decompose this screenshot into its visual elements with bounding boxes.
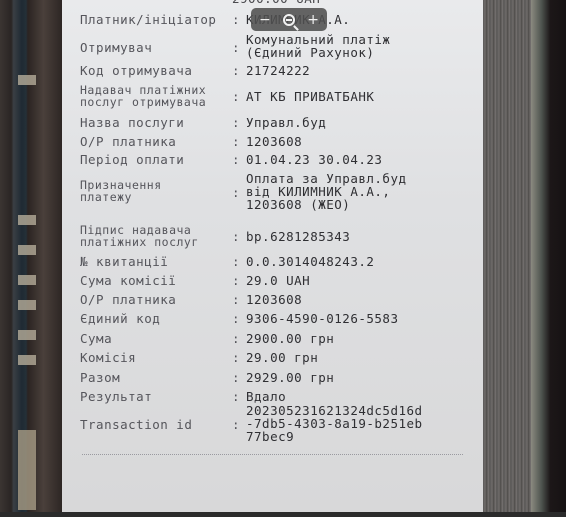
receipt-row-separator: : (232, 404, 246, 443)
receipt-row-separator: : (232, 12, 246, 27)
receipt-row-separator: : (232, 370, 246, 385)
receipt-row-label: Код отримувача (80, 63, 232, 78)
receipt-row-label: О/Р платника (80, 134, 232, 149)
receipt-row: Комісія:29.00 грн (80, 350, 473, 365)
receipt-row-value: 01.04.23 30.04.23 (246, 152, 473, 167)
receipt-row-value: 0.0.3014048243.2 (246, 254, 473, 269)
receipt-row: Підпис надавача платіжних послуг:bp.6281… (80, 224, 473, 248)
receipt-row-value: АТ КБ ПРИВАТБАНК (246, 84, 473, 108)
receipt-row: Єдиний код:9306-4590-0126-5583 (80, 311, 473, 326)
receipt-row-label: Підпис надавача платіжних послуг (80, 224, 232, 248)
receipt-row: Назва послуги:Управл.буд (80, 115, 473, 130)
receipt-row-separator: : (232, 331, 246, 346)
receipt-row-separator: : (232, 311, 246, 326)
receipt-row: О/Р платника:1203608 (80, 134, 473, 149)
receipt-row-value: 2929.00 грн (246, 370, 473, 385)
receipt-row-label: Призначення платежу (80, 172, 232, 211)
receipt-top-cut-text: 2900.00 UAH (232, 0, 320, 6)
bottom-bar (0, 512, 566, 517)
receipt-row-label: Разом (80, 370, 232, 385)
receipt-row-label: № квитанції (80, 254, 232, 269)
receipt-row: Період оплати:01.04.23 30.04.23 (80, 152, 473, 167)
receipt-row-label: Отримувач (80, 33, 232, 59)
receipt-row: Надавач платіжних послуг отримувача:АТ К… (80, 84, 473, 108)
receipt-row-value: Управл.буд (246, 115, 473, 130)
receipt-row-separator: : (232, 389, 246, 404)
receipt: 2900.00 UAH Платник/ініціатор:КИЛИМНИК А… (62, 0, 483, 512)
receipt-row-label: Єдиний код (80, 311, 232, 326)
receipt-row: Отримувач:Комунальний платіж (Єдиний Рах… (80, 33, 473, 59)
receipt-row-label: Платник/ініціатор (80, 12, 232, 27)
background-left (0, 0, 62, 512)
receipt-row-value: 21724222 (246, 63, 473, 78)
paper-stack-edge (483, 0, 531, 512)
receipt-row: Разом:2929.00 грн (80, 370, 473, 385)
receipt-row-label: Сума комісії (80, 273, 232, 288)
receipt-row: Сума:2900.00 грн (80, 331, 473, 346)
receipt-row-label: Комісія (80, 350, 232, 365)
zoom-in-button[interactable]: + (307, 12, 319, 28)
receipt-row: Призначення платежу:Оплата за Управл.буд… (80, 172, 473, 211)
receipt-row-separator: : (232, 292, 246, 307)
receipt-row-separator: : (232, 63, 246, 78)
receipt-row-value: 1203608 (246, 134, 473, 149)
receipt-row: Код отримувача:21724222 (80, 63, 473, 78)
receipt-row-separator: : (232, 350, 246, 365)
receipt-row-label: Сума (80, 331, 232, 346)
receipt-row-value: 202305231621324dc5d16d -7db5-4303-8a19-b… (246, 404, 473, 443)
receipt-row-value: Комунальний платіж (Єдиний Рахунок) (246, 33, 473, 59)
receipt-divider (82, 454, 463, 456)
receipt-row-separator: : (232, 224, 246, 248)
receipt-row-value: 1203608 (246, 292, 473, 307)
receipt-row-value: 2900.00 грн (246, 331, 473, 346)
magnifier-icon[interactable] (283, 14, 295, 26)
receipt-row-value: Оплата за Управл.буд від КИЛИМНИК А.А., … (246, 172, 473, 211)
receipt-row-value: 29.0 UAH (246, 273, 473, 288)
receipt-row-label: О/Р платника (80, 292, 232, 307)
receipt-row-separator: : (232, 172, 246, 211)
receipt-row: № квитанції:0.0.3014048243.2 (80, 254, 473, 269)
background-right (531, 0, 566, 512)
receipt-row: О/Р платника:1203608 (80, 292, 473, 307)
receipt-row-separator: : (232, 273, 246, 288)
receipt-row: Transaction id:202305231621324dc5d16d -7… (80, 404, 473, 443)
receipt-row-value: bp.6281285343 (246, 224, 473, 248)
receipt-row-label: Назва послуги (80, 115, 232, 130)
receipt-row-separator: : (232, 254, 246, 269)
receipt-row-value: 9306-4590-0126-5583 (246, 311, 473, 326)
receipt-row-separator: : (232, 134, 246, 149)
receipt-row-label: Результат (80, 389, 232, 404)
receipt-row: Результат:Вдало (80, 389, 473, 404)
receipt-row-separator: : (232, 152, 246, 167)
receipt-row-label: Період оплати (80, 152, 232, 167)
receipt-row: Сума комісії:29.0 UAH (80, 273, 473, 288)
receipt-row-label: Надавач платіжних послуг отримувача (80, 84, 232, 108)
image-zoom-control: − + (251, 8, 327, 31)
receipt-row-separator: : (232, 33, 246, 59)
receipt-row-value: Вдало (246, 389, 473, 404)
receipt-row-separator: : (232, 84, 246, 108)
zoom-out-button[interactable]: − (259, 12, 271, 28)
receipt-row-separator: : (232, 115, 246, 130)
receipt-row-label: Transaction id (80, 404, 232, 443)
receipt-row-value: 29.00 грн (246, 350, 473, 365)
